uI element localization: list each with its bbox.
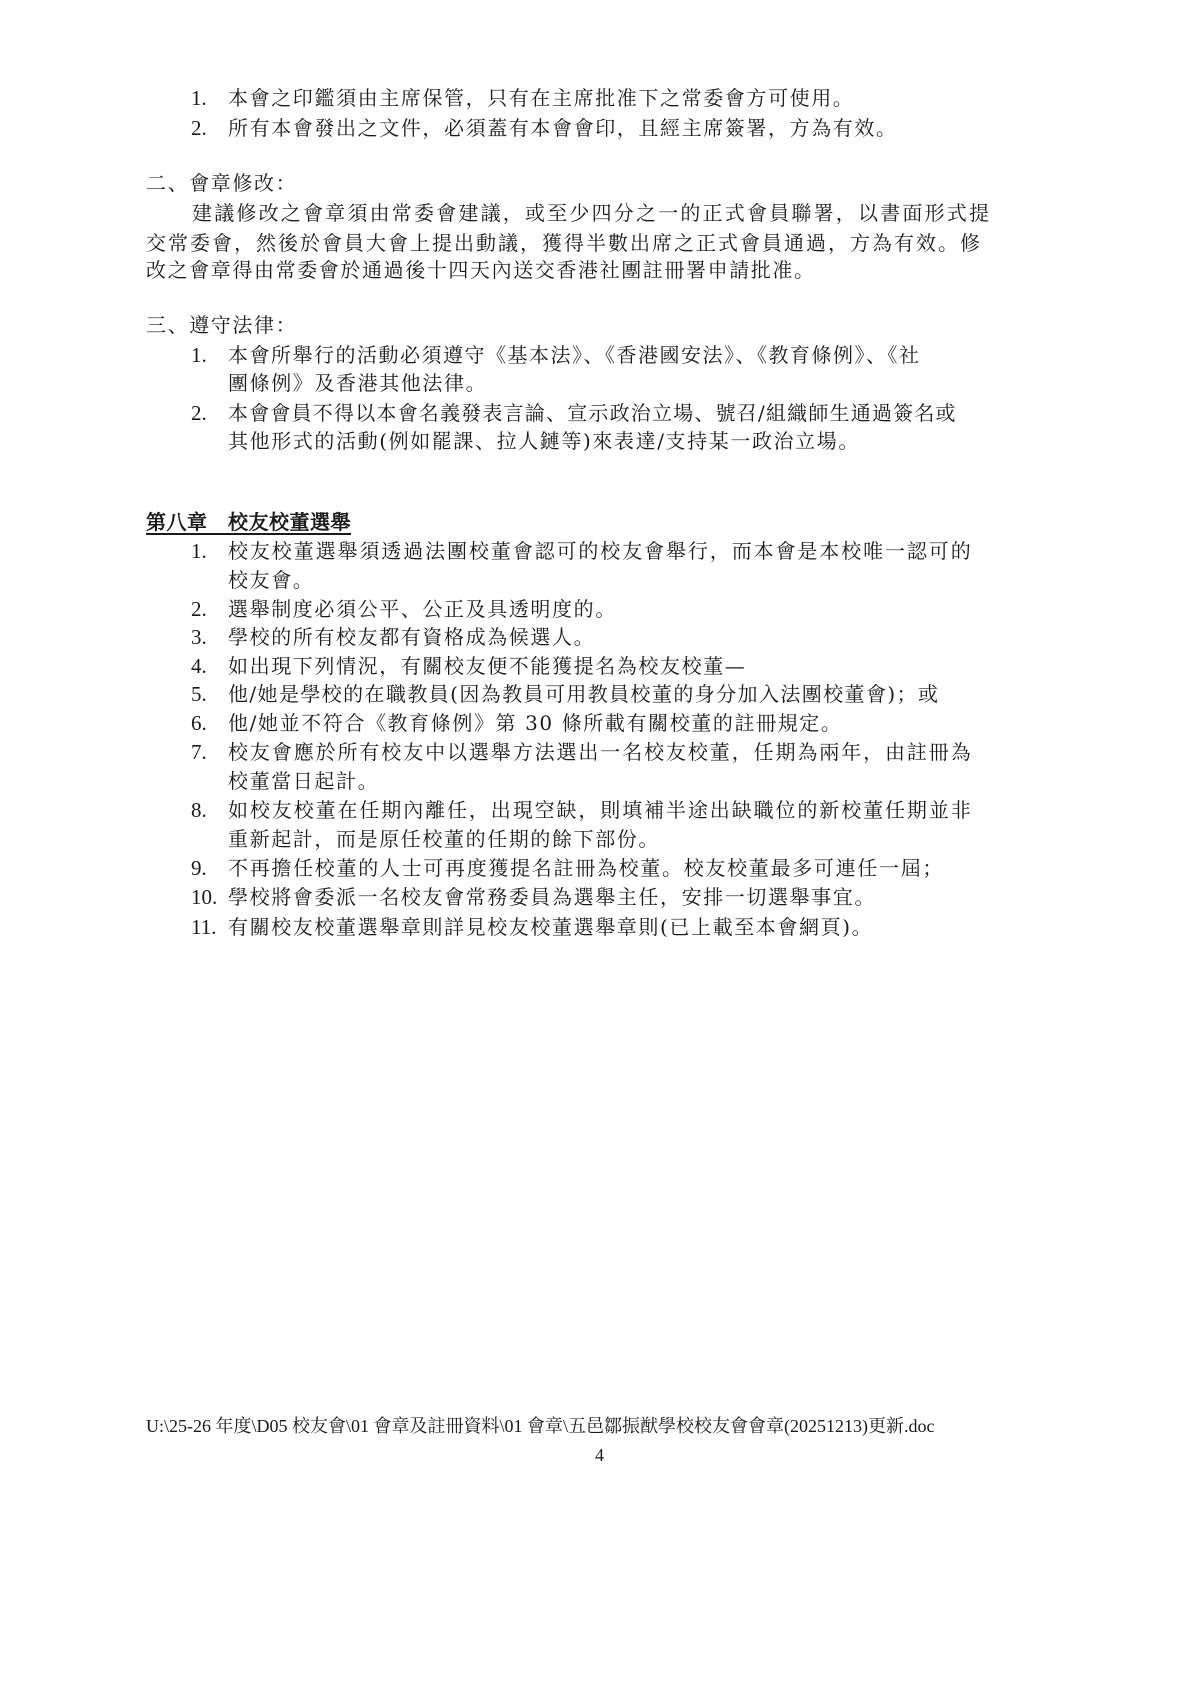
- list-item-text: 校友校董選舉須透過法團校董會認可的校友會舉行，而本會是本校唯一認可的: [228, 537, 973, 565]
- list-item-text: 所有本會發出之文件，必須蓋有本會會印，且經主席簽署，方為有效。: [228, 114, 898, 142]
- list-number: 7.: [191, 738, 207, 766]
- list-item-text: 重新起計，而是原任校董的任期的餘下部份。: [228, 825, 660, 853]
- list-number: 1.: [191, 341, 207, 369]
- list-number: 8.: [191, 796, 207, 824]
- list-item-text: 如校友校董在任期內離任，出現空缺，則填補半途出缺職位的新校董任期並非: [228, 796, 973, 824]
- list-number: 1.: [191, 537, 207, 565]
- list-item-text: 校友會。: [228, 566, 314, 594]
- section-title: 二、會章修改：: [146, 169, 297, 197]
- list-number: 6.: [191, 709, 207, 737]
- list-item-text: 本會會員不得以本會名義發表言論、宣示政治立場、號召/組織師生通過簽名或: [228, 399, 957, 427]
- list-number: 10.: [191, 883, 217, 911]
- list-number: 4.: [191, 652, 207, 680]
- list-item-text: 校友會應於所有校友中以選舉方法選出一名校友校董，任期為兩年，由註冊為: [228, 738, 973, 766]
- list-number: 3.: [191, 623, 207, 651]
- paragraph-line: 交常委會，然後於會員大會上提出動議，獲得半數出席之正式會員通過，方為有效。修: [146, 229, 982, 257]
- list-item-text: 他/她並不符合《教育條例》第 30 條所載有關校董的註冊規定。: [228, 709, 843, 737]
- list-item-text: 選舉制度必須公平、公正及具透明度的。: [228, 595, 617, 623]
- list-item-text: 團條例》及香港其他法律。: [228, 369, 487, 397]
- list-number: 2.: [191, 114, 207, 142]
- list-number: 9.: [191, 854, 207, 882]
- paragraph-line: 改之會章得由常委會於通過後十四天內送交香港社團註冊署申請批准。: [146, 256, 816, 284]
- document-page: 1. 本會之印鑑須由主席保管，只有在主席批准下之常委會方可使用。 2. 所有本會…: [0, 0, 1201, 1700]
- list-item-text: 不再擔任校董的人士可再度獲提名註冊為校董。校友校董最多可連任一屆；: [228, 854, 944, 882]
- list-item-text: 如出現下列情況，有關校友便不能獲提名為校友校董—: [228, 652, 746, 680]
- list-item-text: 本會之印鑑須由主席保管，只有在主席批准下之常委會方可使用。: [228, 84, 854, 112]
- section-title: 三、遵守法律：: [146, 311, 297, 339]
- list-item-text: 其他形式的活動(例如罷課、拉人鏈等)來表達/支持某一政治立場。: [228, 427, 860, 455]
- chapter-heading: 第八章 校友校董選舉: [146, 508, 351, 536]
- list-number: 1.: [191, 84, 207, 112]
- list-item-text: 學校將會委派一名校友會常務委員為選舉主任，安排一切選舉事宜。: [228, 883, 876, 911]
- list-number: 11.: [191, 913, 216, 941]
- list-number: 2.: [191, 399, 207, 427]
- paragraph-line: 建議修改之會章須由常委會建議，或至少四分之一的正式會員聯署，以書面形式提: [192, 199, 991, 227]
- list-item-text: 有關校友校董選舉章則詳見校友校董選舉章則(已上載至本會網頁)。: [228, 913, 873, 941]
- list-item-text: 學校的所有校友都有資格成為候選人。: [228, 623, 595, 651]
- list-item-text: 校董當日起計。: [228, 767, 379, 795]
- list-item-text: 本會所舉行的活動必須遵守《基本法》、《香港國安法》、《教育條例》、《社: [228, 341, 921, 369]
- list-item-text: 他/她是學校的在職教員(因為教員可用教員校董的身分加入法團校董會)；或: [228, 680, 939, 708]
- list-number: 2.: [191, 595, 207, 623]
- footer-file-path: U:\25-26 年度\D05 校友會\01 會章及註冊資料\01 會章\五邑鄒…: [146, 1414, 934, 1438]
- list-number: 5.: [191, 680, 207, 708]
- page-number: 4: [595, 1443, 604, 1467]
